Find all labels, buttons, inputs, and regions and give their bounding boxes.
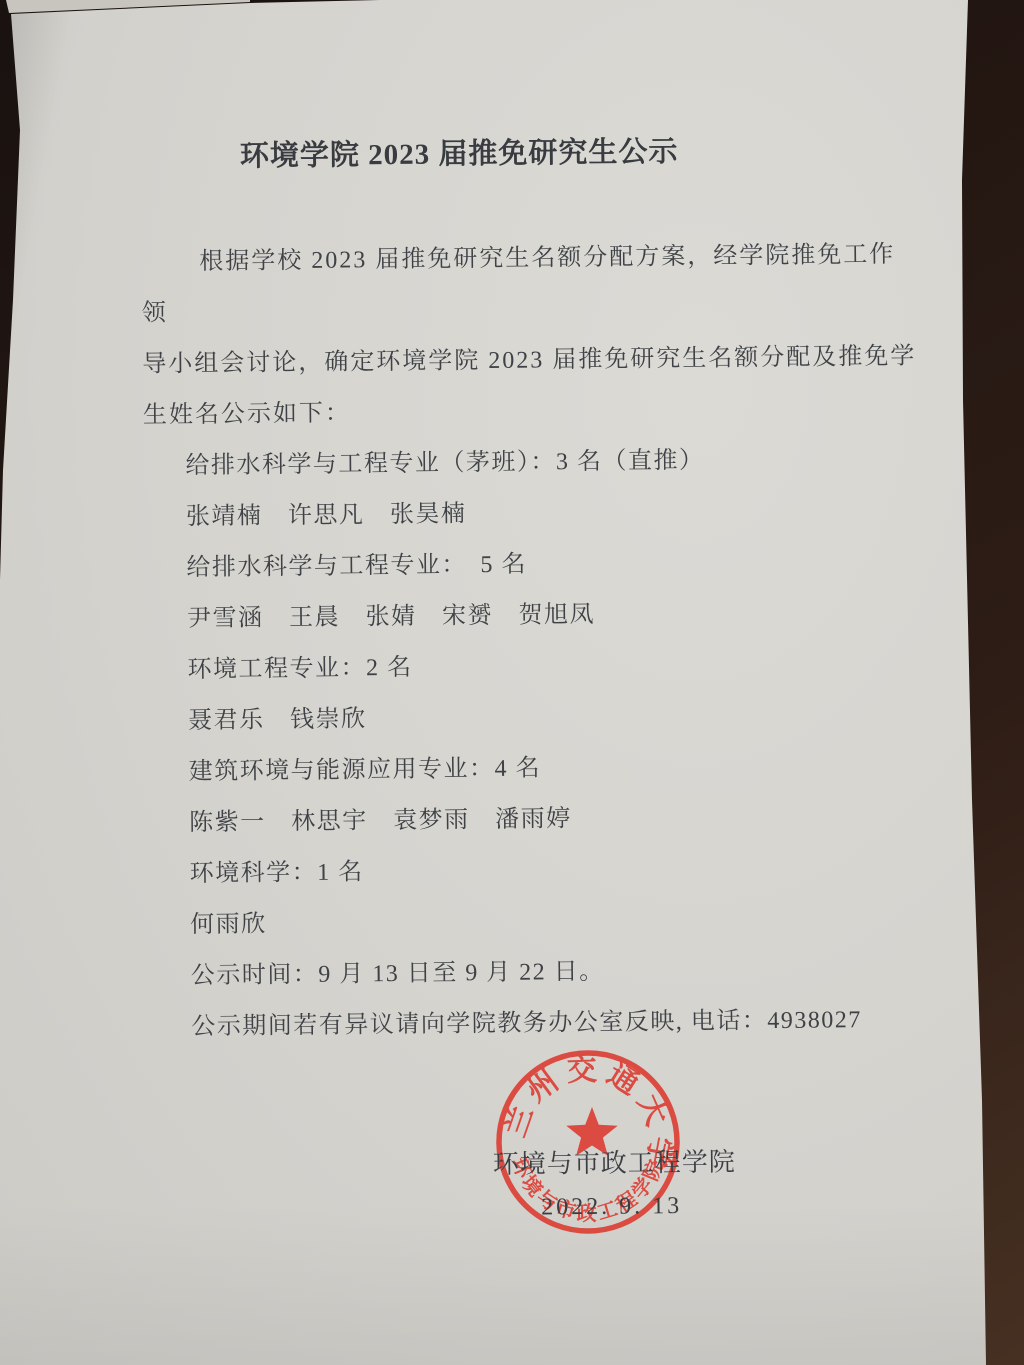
body-line: 聂君乐 钱崇欣 [146,688,924,747]
intro-line: 导小组会讨论，确定环境学院 2023 届推免研究生名额分配及推免学 [142,331,920,390]
body-line: 张靖楠 许思凡 张昊楠 [144,484,922,543]
body-line: 公示时间：9 月 13 日至 9 月 22 日。 [148,943,926,1002]
intro-line: 生姓名公示如下： [143,382,921,441]
quota-list: 给排水科学与工程专业（茅班）：3 名（直推） 张靖楠 许思凡 张昊楠 给排水科学… [143,433,927,1053]
body-line: 环境科学：1 名 [147,841,925,900]
signature-line: 环境与市政工程学院 [151,1139,929,1184]
paper-sheet: 兰州交通大学 环境与市政工程学院 环境学院 2023 届推免研究生公示 根据学校… [0,0,1024,1365]
date-line: 2022. 9. 13 [151,1190,929,1225]
body-line: 给排水科学与工程专业： 5 名 [144,535,922,594]
intro-line: 根据学校 2023 届推免研究生名额分配方案，经学院推免工作领 [141,229,920,339]
body-line: 陈紫一 林思宇 袁梦雨 潘雨婷 [147,790,925,849]
body-line: 尹雪涵 王晨 张婧 宋赟 贺旭凤 [145,586,923,645]
body-line: 公示期间若有异议请向学院教务办公室反映, 电话：4938027 [149,994,927,1053]
body-line: 何雨欣 [148,892,926,951]
body-line: 建筑环境与能源应用专业：4 名 [146,739,924,798]
desk-surface: { "page": { "title": "环境学院 2023 届推免研究生公示… [0,0,1024,1365]
body-line: 环境工程专业：2 名 [145,637,923,696]
document-title: 环境学院 2023 届推免研究生公示 [139,0,919,176]
intro-paragraph: 根据学校 2023 届推免研究生名额分配方案，经学院推免工作领 导小组会讨论，确… [141,229,921,441]
body-line: 给排水科学与工程专业（茅班）：3 名（直推） [143,433,921,492]
document-content: 环境学院 2023 届推免研究生公示 根据学校 2023 届推免研究生名额分配方… [139,0,930,1226]
